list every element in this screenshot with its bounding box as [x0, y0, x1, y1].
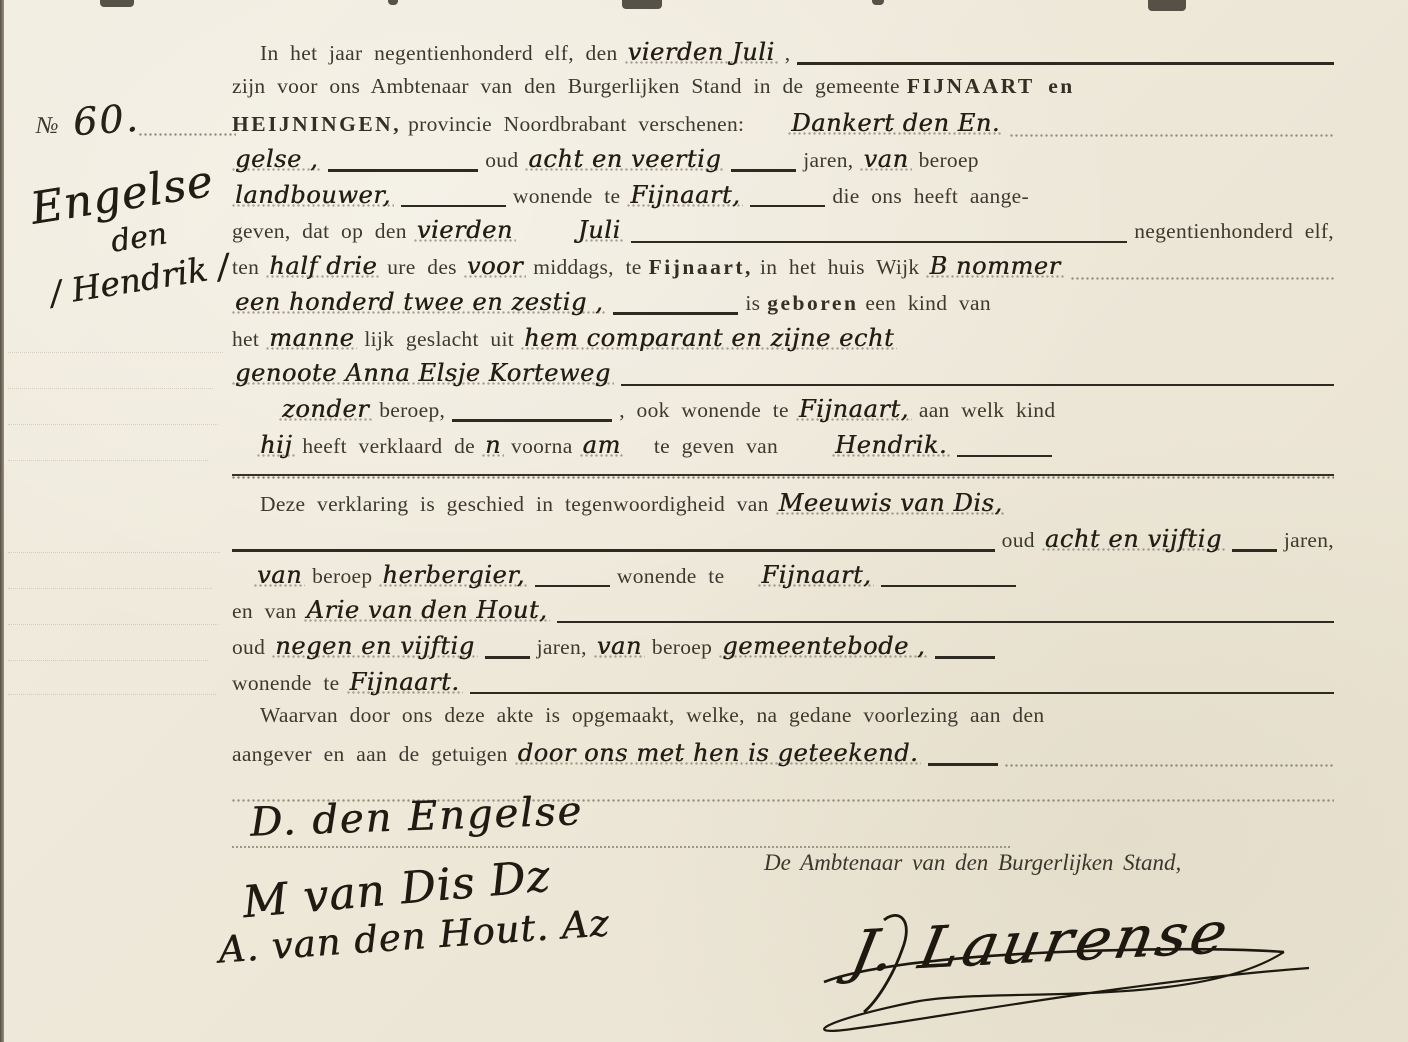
- printed-text-bold: geboren: [767, 291, 858, 316]
- ghost-rule: [8, 424, 218, 425]
- printed-text: te geven van: [654, 434, 778, 459]
- printed-text: die ons heeft aange-: [832, 184, 1029, 209]
- printed-text: zijn voor ons Ambtenaar van den Burgerli…: [232, 74, 900, 99]
- handwritten-text: vierden Juli: [625, 38, 778, 66]
- printed-text: het: [232, 327, 259, 352]
- fill-rule: [328, 169, 478, 171]
- ghost-rule: [8, 588, 212, 589]
- handwritten-text: hij: [257, 431, 295, 459]
- handwritten-text: Fijnaart,: [796, 395, 912, 423]
- printed-text: oud: [1002, 528, 1035, 553]
- act-line: oudacht en vijftigjaren,: [232, 525, 1334, 561]
- act-line: een honderd twee en zestig ,isgeboreneen…: [232, 288, 1334, 324]
- handwritten-text: gelse ,: [232, 145, 321, 173]
- printed-text: aan welk kind: [919, 398, 1056, 423]
- handwritten-text: van: [594, 632, 645, 660]
- handwritten-text: acht en veertig: [525, 145, 724, 173]
- printed-text: heeft verklaard de: [302, 434, 475, 459]
- fill-rule: [797, 62, 1334, 64]
- printed-text: Deze verklaring is geschied in tegenwoor…: [260, 492, 769, 517]
- handwritten-text: gemeentebode ,: [719, 632, 928, 660]
- printed-text: negentienhonderd elf,: [1134, 219, 1334, 244]
- declarant-signature-row: D. den Engelse: [232, 792, 1010, 848]
- printed-text: provincie Noordbrabant verschenen:: [408, 112, 744, 137]
- scan-artifact: [872, 0, 884, 5]
- act-line: HEIJNINGEN,provincie Noordbrabant versch…: [232, 109, 1334, 145]
- printed-text: , ook wonende te: [619, 398, 789, 423]
- fill-rule: [557, 621, 1334, 623]
- fill-rule: [452, 419, 612, 421]
- act-line: gelse ,oudacht en veertigjaren,vanberoep: [232, 145, 1334, 181]
- dotted-rule: [1071, 277, 1334, 280]
- act-number-label: №: [36, 113, 59, 140]
- fill-rule: [470, 692, 1334, 694]
- handwritten-text: am: [580, 431, 624, 459]
- printed-text: oud: [232, 635, 265, 660]
- act-line: In het jaar negentienhonderd elf, denvie…: [232, 38, 1334, 74]
- fill-rule: [401, 205, 506, 207]
- act-line: aangever en aan de getuigendoor ons met …: [232, 739, 1334, 775]
- fill-rule: [232, 549, 995, 551]
- printed-text: beroep,: [379, 398, 445, 423]
- handwritten-text: Juli: [575, 216, 624, 244]
- printed-text: wonende te: [617, 564, 725, 589]
- printed-text: jaren,: [537, 635, 587, 660]
- official-signature-area: J. Laurense: [764, 890, 1324, 1040]
- act-number-row: № 60.: [36, 98, 236, 142]
- handwritten-text: zonder: [279, 395, 372, 423]
- ghost-rule: [8, 352, 223, 353]
- act-number-value: 60.: [71, 96, 140, 145]
- margin-child-name: Engelse den / Hendrik /: [27, 153, 245, 314]
- handwritten-text: genoote Anna Elsje Korteweg: [232, 359, 614, 387]
- printed-text: een kind van: [865, 291, 990, 316]
- handwritten-text: Arie van den Hout,: [304, 596, 551, 624]
- printed-text: wonende te: [513, 184, 621, 209]
- scan-artifact: [100, 0, 134, 7]
- fill-rule: [621, 384, 1334, 386]
- scan-artifact: [388, 0, 398, 5]
- declarant-signature: D. den Engelse: [249, 788, 583, 846]
- handwritten-text: manne: [266, 324, 357, 352]
- fill-rule: [957, 455, 1052, 457]
- fill-rule: [935, 656, 995, 658]
- scan-artifact: [1148, 0, 1186, 11]
- printed-text: voorna: [511, 434, 573, 459]
- act-line: tenhalf drieure desvoormiddags, teFijnaa…: [232, 252, 1334, 288]
- printed-text: ure des: [387, 255, 457, 280]
- ghost-rule: [8, 552, 220, 553]
- act-line: zijn voor ons Ambtenaar van den Burgerli…: [232, 74, 1334, 110]
- official-block: De Ambtenaar van den Burgerlijken Stand,…: [764, 850, 1324, 1040]
- printed-text: aangever en aan de getuigen: [232, 742, 508, 767]
- printed-text-bold: FIJNAART en: [907, 74, 1075, 99]
- fill-rule: [535, 585, 610, 587]
- handwritten-text: Dankert den En.: [788, 109, 1003, 137]
- handwritten-text: Fijnaart,: [758, 561, 874, 589]
- dotted-rule: [1005, 764, 1334, 767]
- handwritten-text: negen en vijftig: [272, 632, 477, 660]
- handwritten-text: acht en vijftig: [1042, 525, 1225, 553]
- handwritten-text: herbergier,: [379, 561, 527, 589]
- ghost-rule: [8, 694, 216, 695]
- handwritten-text: een honderd twee en zestig ,: [232, 288, 606, 316]
- handwritten-text: door ons met hen is geteekend.: [515, 739, 922, 767]
- act-line: zonderberoep,, ook wonende teFijnaart,aa…: [232, 395, 1334, 431]
- scan-edge: [0, 0, 4, 1042]
- act-line: wonende teFijnaart.: [232, 668, 1334, 704]
- fill-rule: [485, 656, 530, 658]
- dotted-rule: [139, 133, 236, 136]
- handwritten-text: Hendrik.: [832, 431, 950, 459]
- printed-text: ten: [232, 255, 259, 280]
- fill-rule: [881, 585, 1016, 587]
- printed-text: beroep: [312, 564, 372, 589]
- ghost-rule: [8, 660, 208, 661]
- fill-rule: [1232, 549, 1277, 551]
- act-line: hetmannelijk geslacht uithem comparant e…: [232, 324, 1334, 360]
- signature-block: D. den Engelse M van Dis Dz A. van den H…: [232, 792, 1334, 958]
- act-body: In het jaar negentienhonderd elf, denvie…: [232, 38, 1334, 810]
- act-line: landbouwer,wonende teFijnaart,die ons he…: [232, 181, 1334, 217]
- fill-rule: [613, 312, 738, 314]
- printed-text: ,: [785, 41, 791, 66]
- act-line: geven, dat op denvierdenJulinegentienhon…: [232, 216, 1334, 252]
- printed-text: lijk geslacht uit: [364, 327, 514, 352]
- printed-text-bold: Fijnaart,: [649, 255, 753, 280]
- printed-text: middags, te: [533, 255, 641, 280]
- printed-text: wonende te: [232, 671, 340, 696]
- printed-text: jaren,: [1284, 528, 1334, 553]
- act-line: en vanArie van den Hout,: [232, 596, 1334, 632]
- printed-text: Waarvan door ons deze akte is opgemaakt,…: [260, 703, 1044, 728]
- printed-text: beroep: [652, 635, 712, 660]
- printed-text: en van: [232, 599, 297, 624]
- act-line: genoote Anna Elsje Korteweg: [232, 359, 1334, 395]
- printed-text: oud: [485, 148, 518, 173]
- fill-rule: [928, 763, 998, 765]
- section-divider: [232, 474, 1334, 479]
- printed-text: in het huis Wijk: [760, 255, 920, 280]
- printed-text: geven, dat op den: [232, 219, 407, 244]
- handwritten-text: n: [482, 431, 504, 459]
- ghost-rule: [8, 460, 208, 461]
- printed-text-bold: HEIJNINGEN,: [232, 112, 401, 137]
- handwritten-text: van: [254, 561, 305, 589]
- handwritten-text: voor: [464, 252, 526, 280]
- dotted-rule: [1010, 134, 1334, 137]
- handwritten-text: Meeuwis van Dis,: [776, 489, 1006, 517]
- printed-text: is: [745, 291, 760, 316]
- act-line: Deze verklaring is geschied in tegenwoor…: [232, 489, 1334, 525]
- printed-text: jaren,: [803, 148, 853, 173]
- handwritten-text: Fijnaart.: [347, 668, 463, 696]
- printed-text: In het jaar negentienhonderd elf, den: [260, 41, 618, 66]
- handwritten-text: hem comparant en zijne echt: [521, 324, 897, 352]
- act-line: hijheeft verklaard denvoornaamte geven v…: [232, 431, 1334, 467]
- handwritten-text: van: [860, 145, 911, 173]
- scan-artifact: [622, 0, 662, 9]
- handwritten-text: vierden: [414, 216, 516, 244]
- act-line: vanberoepherbergier,wonende teFijnaart,: [232, 561, 1334, 597]
- handwritten-text: Fijnaart,: [627, 181, 743, 209]
- handwritten-text: B nommer: [926, 252, 1063, 280]
- handwritten-text: half drie: [266, 252, 380, 280]
- fill-rule: [731, 169, 796, 171]
- act-line: oudnegen en vijftigjaren,vanberoepgemeen…: [232, 632, 1334, 668]
- ghost-rule: [8, 624, 218, 625]
- act-line: Waarvan door ons deze akte is opgemaakt,…: [232, 703, 1334, 739]
- handwritten-text: landbouwer,: [232, 181, 394, 209]
- ghost-rule: [8, 388, 213, 389]
- official-title: De Ambtenaar van den Burgerlijken Stand,: [764, 850, 1324, 876]
- margin-column: № 60. Engelse den / Hendrik /: [36, 98, 236, 299]
- fill-rule: [631, 241, 1128, 243]
- fill-rule: [750, 205, 825, 207]
- printed-text: beroep: [919, 148, 979, 173]
